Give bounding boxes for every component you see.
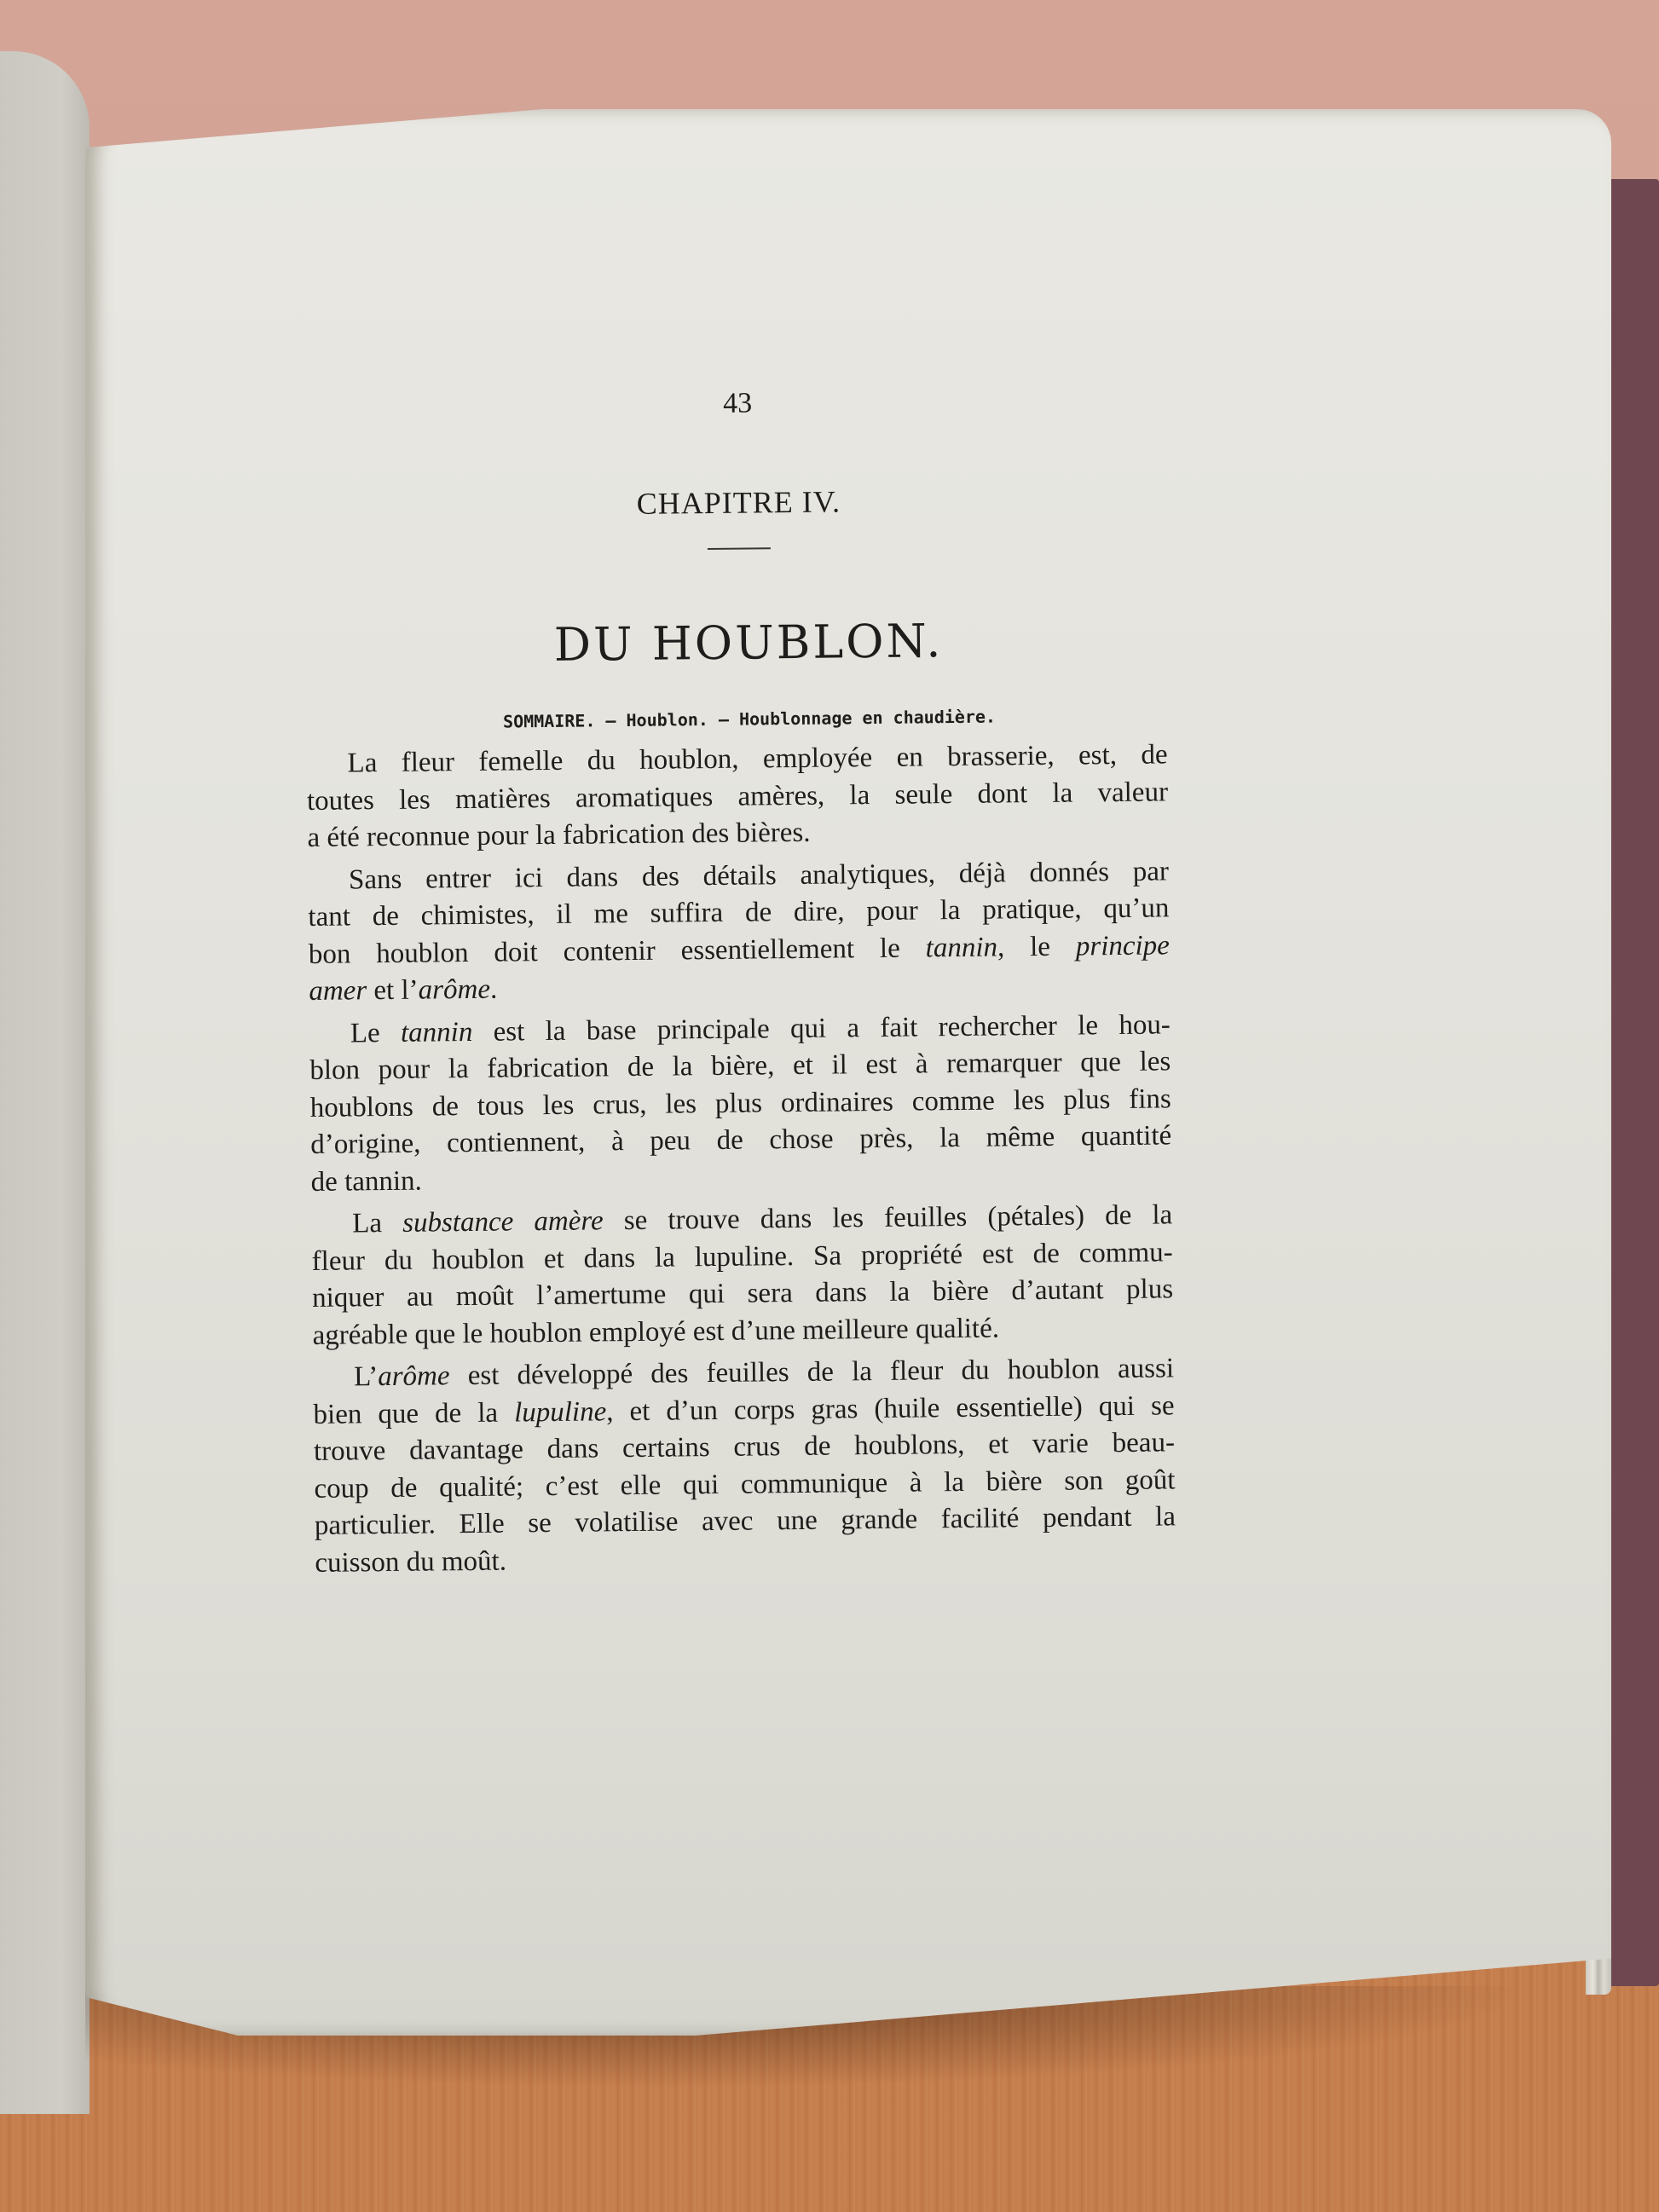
page-number: 43 — [431, 384, 1044, 424]
chapter-title: DU HOUBLON. — [425, 613, 1073, 673]
divider-rule — [708, 547, 771, 550]
paragraph: La fleur femelle du houblon, employée en… — [306, 736, 1168, 857]
paragraph: L’arôme est développé des feuilles de la… — [313, 1350, 1176, 1582]
chapter-heading: CHAPITRE IV. — [431, 482, 1045, 524]
chapter-summary: SOMMAIRE. — Houblon. — Houblonnage en ch… — [340, 705, 1159, 734]
divider-wrap — [432, 545, 1046, 553]
text-line: amer et l’arôme. — [309, 964, 1170, 1010]
paragraph: Sans entrer ici dans des détails analyti… — [308, 853, 1171, 1011]
paragraph: La substance amère se trouve dans les fe… — [311, 1197, 1174, 1354]
text-line: a été reconnue pour la fabrication des b… — [307, 811, 1168, 857]
paragraph: Le tannin est la base principale qui a f… — [309, 1007, 1172, 1201]
page-content: 43 CHAPITRE IV. DU HOUBLON. SOMMAIRE. — … — [303, 384, 1168, 1587]
body-text: La fleur femelle du houblon, employée en… — [306, 736, 1176, 1582]
left-page — [0, 51, 90, 2114]
